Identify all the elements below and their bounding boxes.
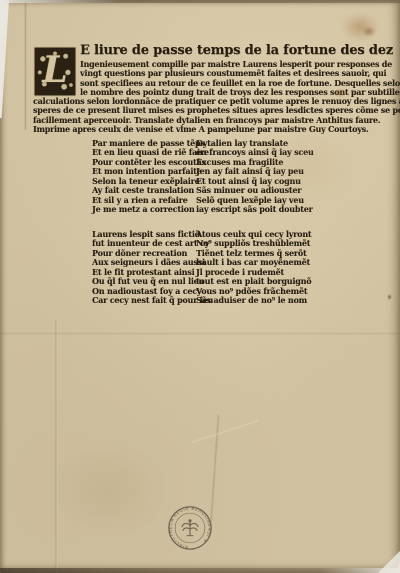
stamp-eagle-emblem [182,519,198,535]
water-stain-lower [50,440,170,540]
crease-vertical-left [55,320,58,573]
header-fullwidth-text: calculations selon lordonnãce de pratiqu… [33,97,400,134]
scan-background: L E liure de passe temps de la fortune d… [0,0,400,573]
verse-line: iay escript sãs poit doubter [196,205,314,214]
page-corner-bottom-right [378,551,400,573]
header-indented-text: Ingenieusement compille par maistre Laur… [80,60,400,97]
book-title: E liure de passe temps de la fortune des… [80,43,393,58]
page-edge-top [0,0,400,3]
stanza-1-left-column: Par maniere de passe tẽpsEt en lieu quas… [92,139,209,215]
library-stamp-seal: BIBLIOTHECA REGIA BEROLINENSI ✦ [166,504,214,552]
header-line: Imprime apres ceulx de venise et vlme A … [33,125,400,134]
crease-horizontal [0,332,400,335]
page-edge-top-left [0,0,9,118]
stain-top-right [340,12,380,42]
verse-line: Car cecy nest fait q̃ pour ieu [92,296,213,305]
verse-line: Je me metz a correction [92,205,209,214]
crease-vertical-topleft [24,0,27,130]
stanza-1-right-column: Dytalien lay translateen francoys ainsi … [196,139,314,215]
verse-line: Sãs aduiser de no⁹ le nom [196,296,311,305]
stain-top-right-core [362,26,376,37]
speck-right-edge [387,294,392,300]
woodcut-initial-letter: L [33,46,77,95]
library-stamp: BIBLIOTHECA REGIA BEROLINENSI ✦ [166,504,214,552]
book-page: L E liure de passe temps de la fortune d… [0,0,400,573]
stanza-2-left-column: Laurens lespit sans fictiõfut inuenteur … [92,230,213,306]
crease-diagonal [191,419,259,443]
stanza-2-right-column: Atous ceulx qui cecy lyrontNo⁹ suppliõs … [196,230,311,306]
page-edge-bottom [0,568,400,573]
woodcut-initial-block: L [33,46,77,97]
